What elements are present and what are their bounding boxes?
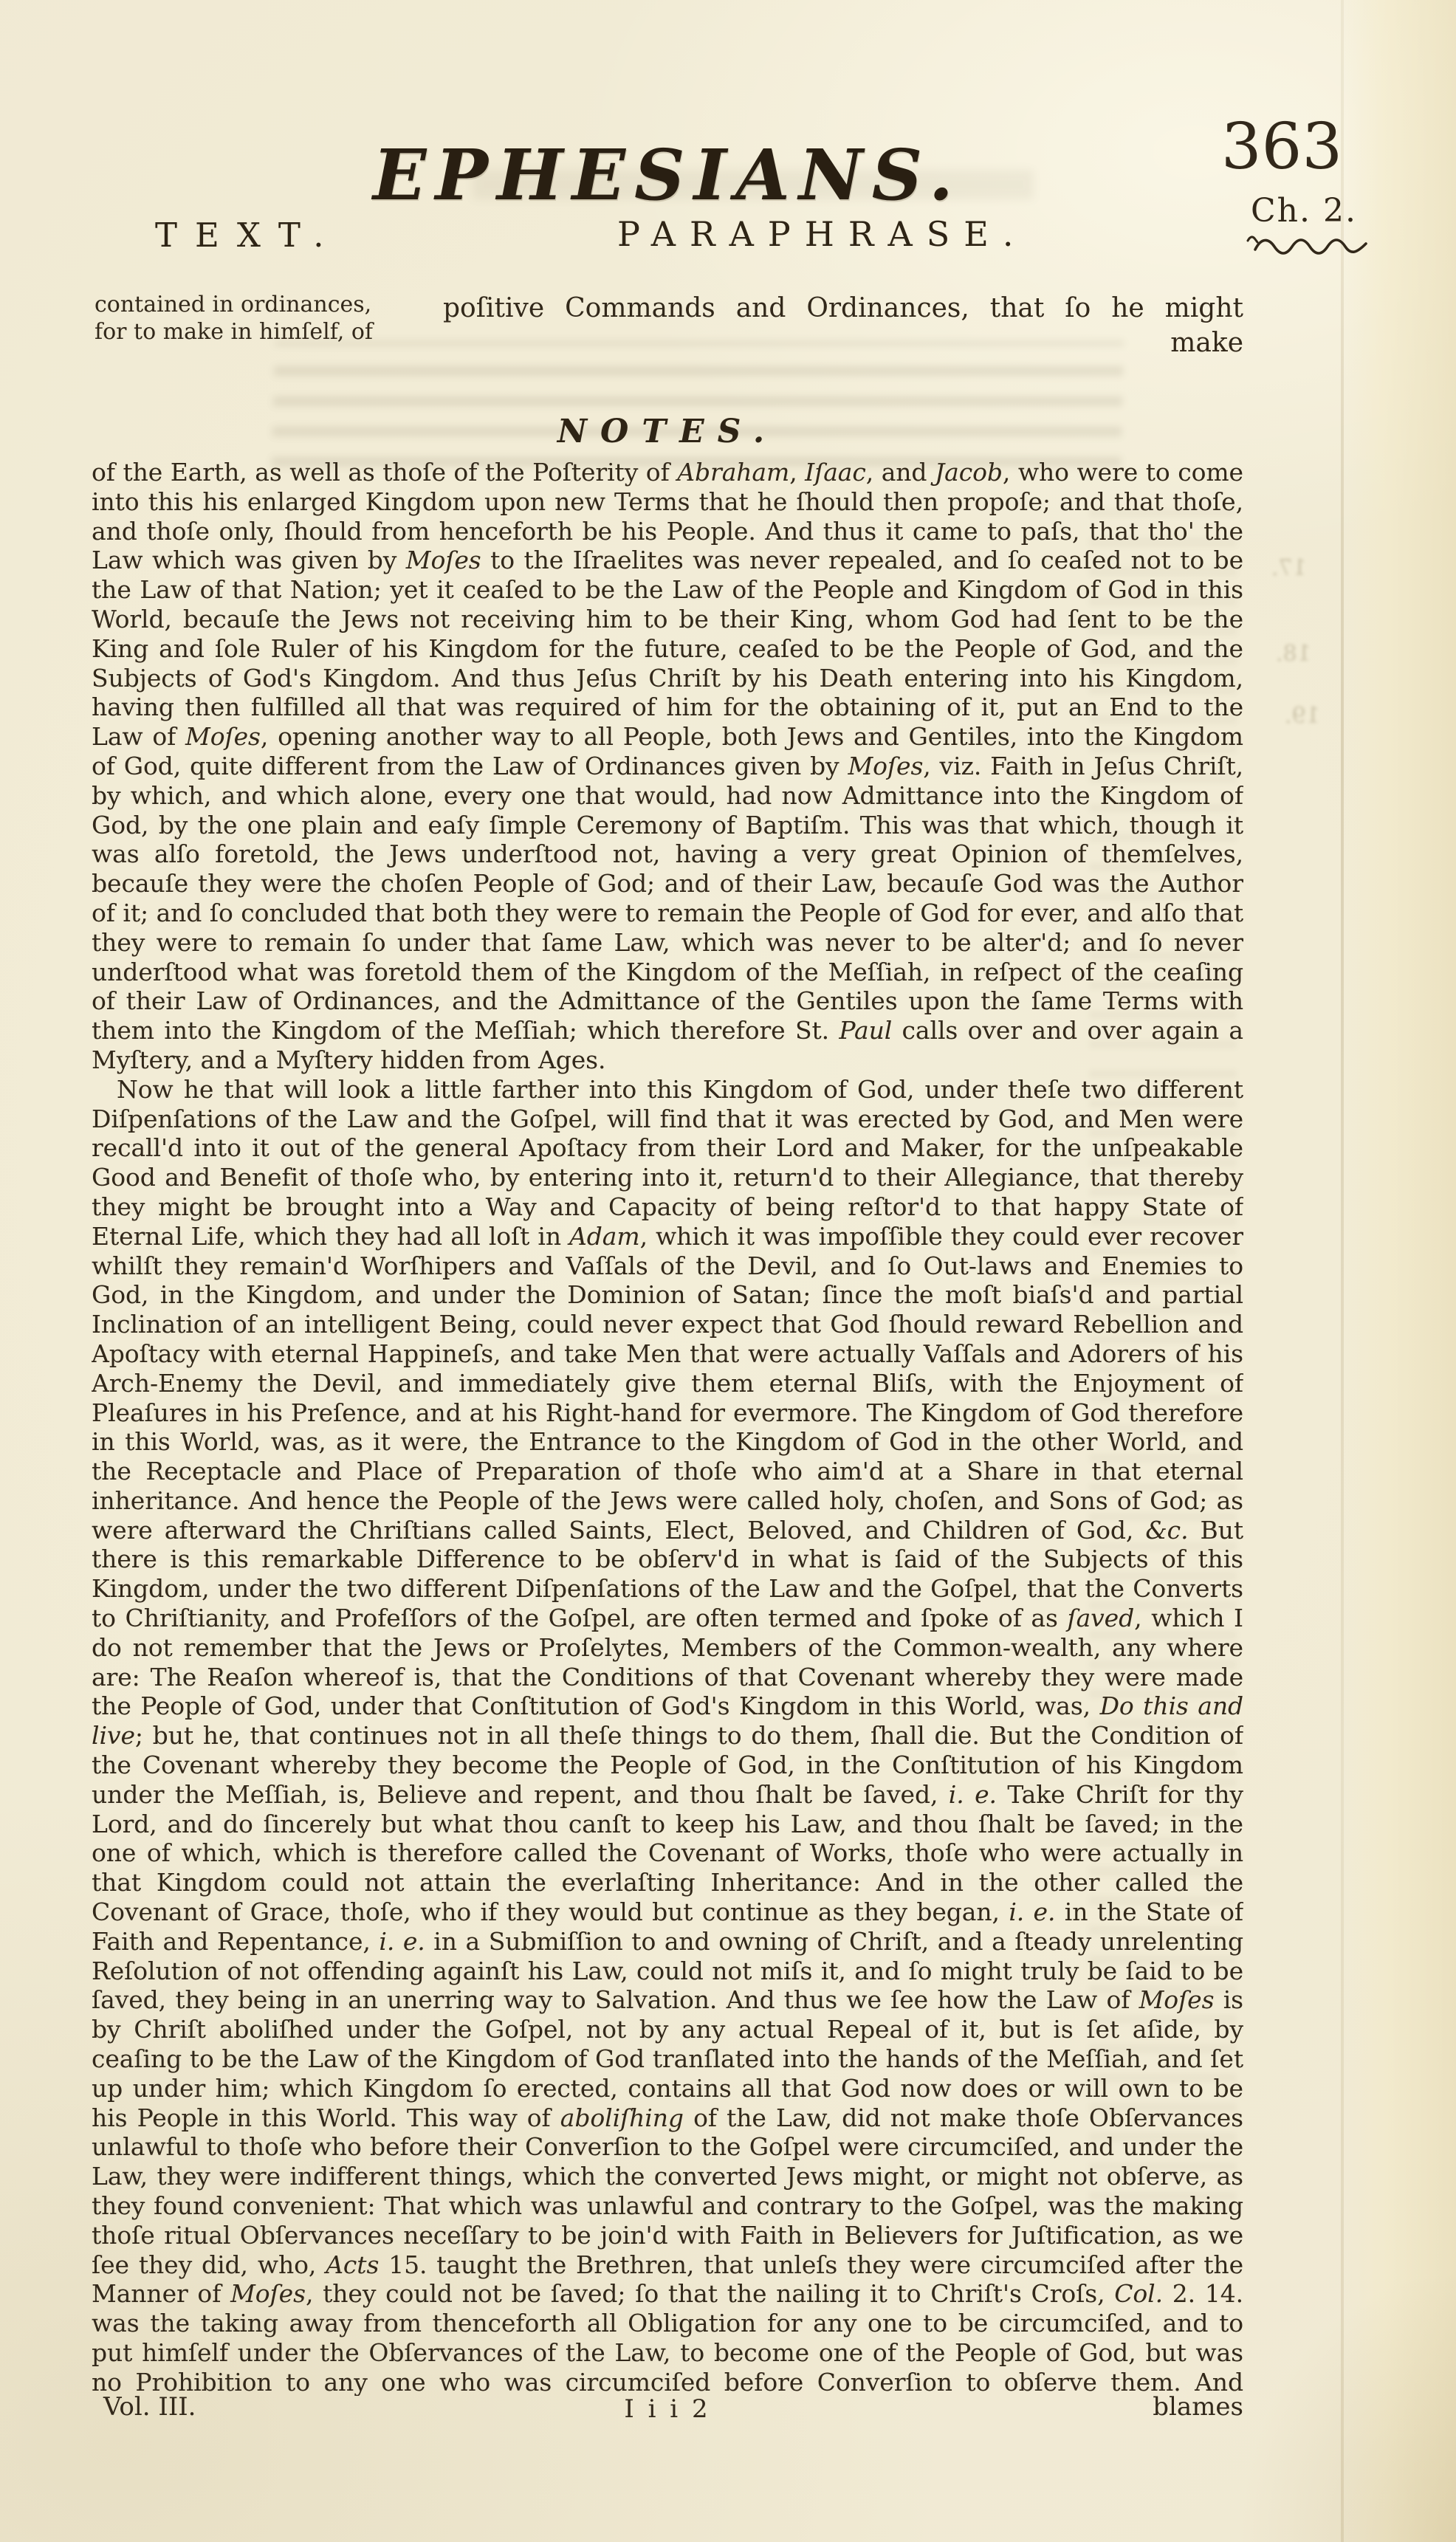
bleedthrough-verse-number: 19. (1285, 703, 1320, 729)
paraphrase-catchword: make (443, 328, 1243, 358)
page-number: 363 (1217, 115, 1347, 179)
catchword: blames (92, 2392, 1243, 2422)
squiggle-flourish-icon (1243, 232, 1370, 257)
notes-paragraph: Now he that will look a little farther i… (92, 1075, 1243, 2396)
text-column-continuation: contained in ordinances, for to make in … (95, 291, 442, 346)
text-column-heading: TEXT. (155, 219, 342, 252)
text-line: for to make in himſelf, of (95, 318, 442, 346)
paraphrase-column-heading: PARAPHRASE. (617, 217, 1027, 251)
paraphrase-continuation: poſitive Commands and Ordinances, that ſ… (443, 292, 1243, 324)
notes-heading: NOTES. (92, 416, 1243, 448)
bleedthrough-verse-number: 17. (1271, 555, 1307, 581)
notes-paragraph: of the Earth, as well as thoſe of the Po… (92, 458, 1243, 1075)
chapter-label: Ch. 2. (1251, 192, 1357, 230)
text-line: contained in ordinances, (95, 291, 442, 318)
bleedthrough-verse-number: 18. (1276, 641, 1311, 667)
notes-body: of the Earth, as well as thoſe of the Po… (92, 458, 1243, 2396)
book-page: 17. 18. 19. EPHESIANS. 363 Ch. 2. TEXT. … (0, 0, 1456, 2542)
running-head-title: EPHESIANS. (92, 140, 1243, 210)
